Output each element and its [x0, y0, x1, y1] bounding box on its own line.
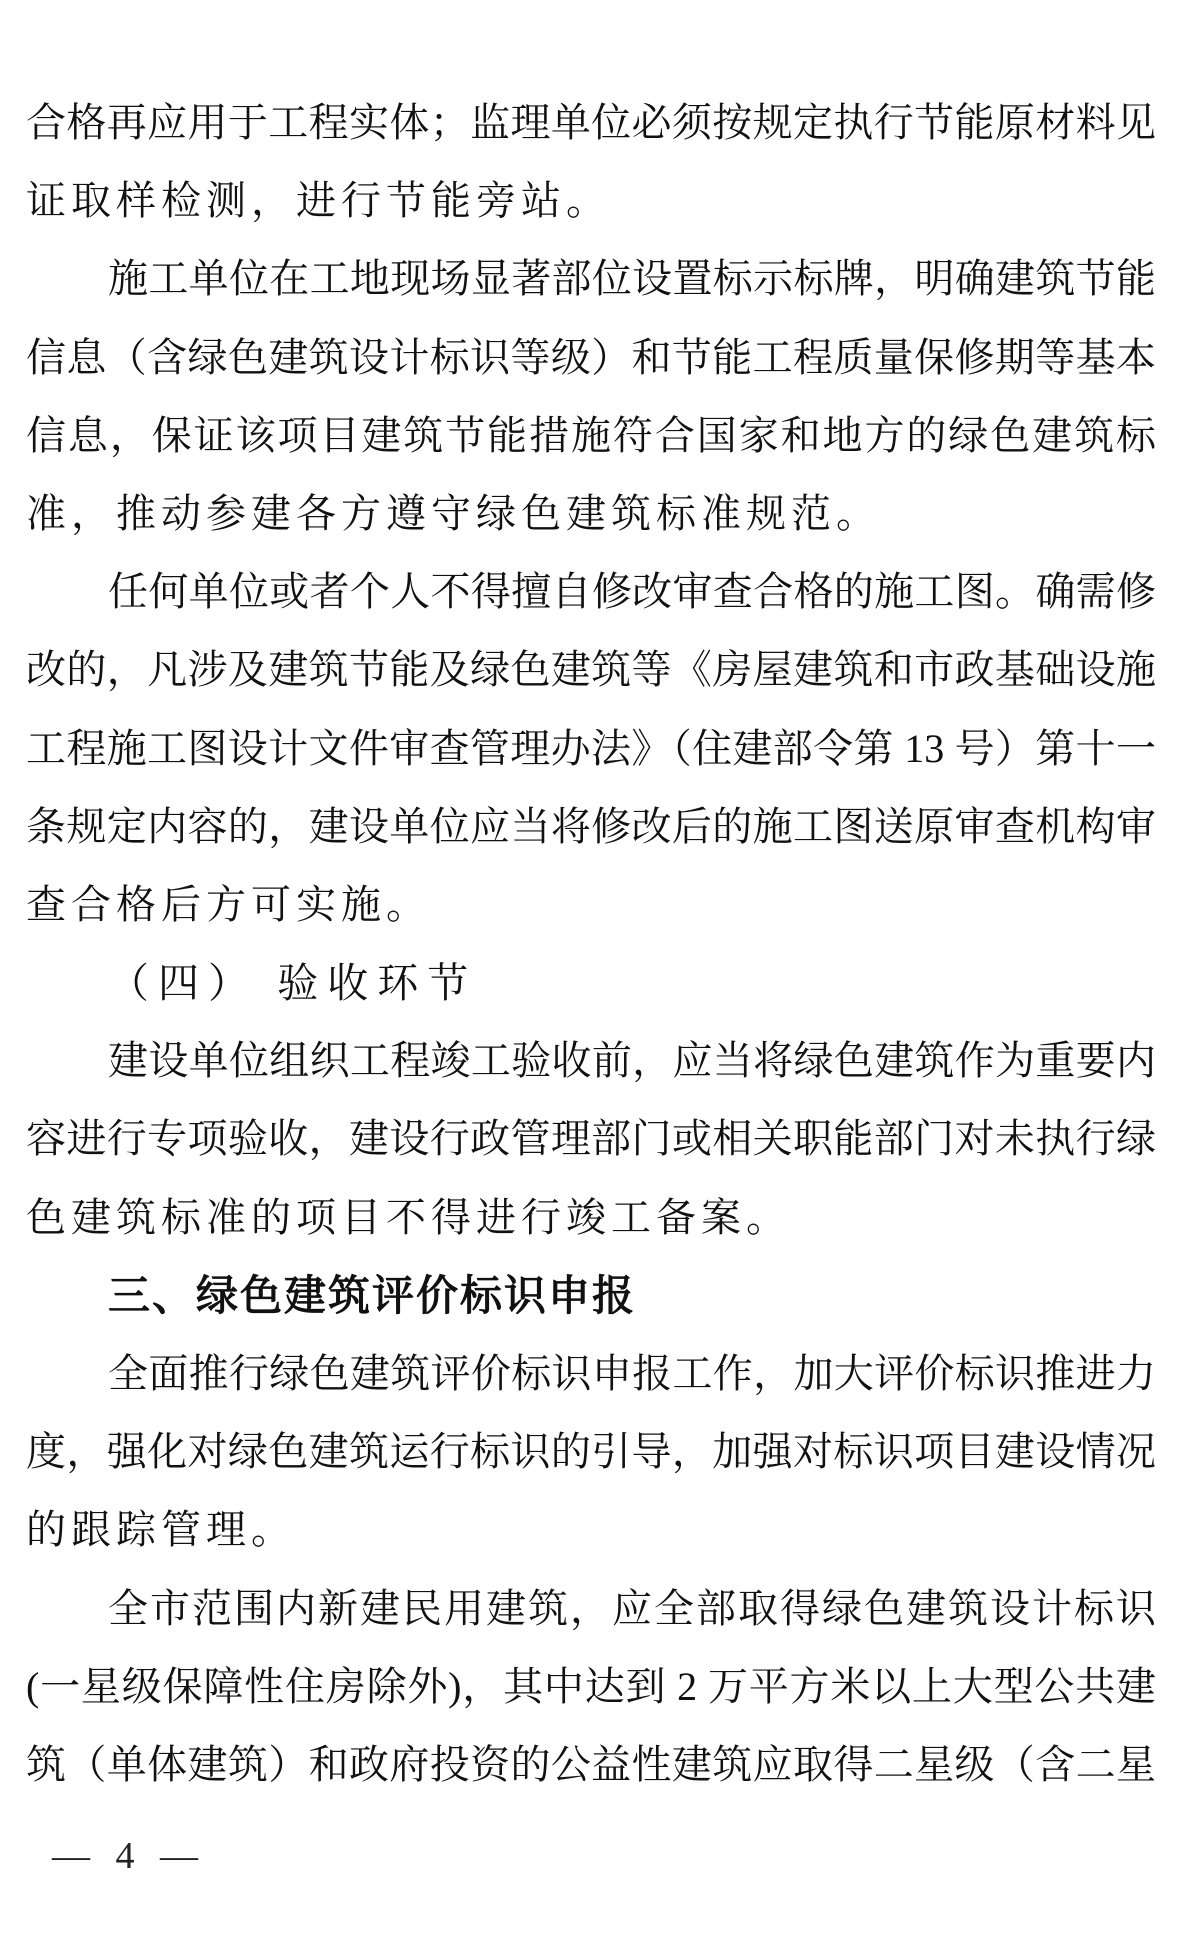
text-line: 施工单位在工地现场显著部位设置标示标牌，明确建筑节能	[26, 240, 1156, 318]
text-line: 容进行专项验收，建设行政管理部门或相关职能部门对未执行绿	[26, 1100, 1156, 1178]
text-line: 的跟踪管理。	[26, 1491, 1156, 1569]
text-line: 工程施工图设计文件审查管理办法》（住建部令第 13 号）第十一	[26, 710, 1156, 788]
page-number: — 4 —	[52, 1826, 206, 1886]
text-line: 条规定内容的，建设单位应当将修改后的施工图送原审查机构审	[26, 788, 1156, 866]
section-heading-evaluation-label: 三、绿色建筑评价标识申报	[26, 1257, 1156, 1335]
text-line: 全市范围内新建民用建筑，应全部取得绿色建筑设计标识	[26, 1570, 1156, 1648]
text-line: 筑（单体建筑）和政府投资的公益性建筑应取得二星级（含二星	[26, 1726, 1156, 1804]
subsection-heading-acceptance: （四） 验收环节	[26, 944, 1156, 1022]
text-line: 查合格后方可实施。	[26, 866, 1156, 944]
text-line: 信息，保证该项目建筑节能措施符合国家和地方的绿色建筑标	[26, 397, 1156, 475]
document-body: 合格再应用于工程实体；监理单位必须按规定执行节能原材料见 证取样检测，进行节能旁…	[26, 84, 1156, 1804]
text-line: 准，推动参建各方遵守绿色建筑标准规范。	[26, 475, 1156, 553]
document-page: 合格再应用于工程实体；监理单位必须按规定执行节能原材料见 证取样检测，进行节能旁…	[0, 0, 1189, 1957]
text-line: (一星级保障性住房除外)，其中达到 2 万平方米以上大型公共建	[26, 1648, 1156, 1726]
text-line: 任何单位或者个人不得擅自修改审查合格的施工图。确需修	[26, 553, 1156, 631]
text-line: 证取样检测，进行节能旁站。	[26, 162, 1156, 240]
text-line: 改的，凡涉及建筑节能及绿色建筑等《房屋建筑和市政基础设施	[26, 631, 1156, 709]
text-line: 度，强化对绿色建筑运行标识的引导，加强对标识项目建设情况	[26, 1413, 1156, 1491]
text-line: 色建筑标准的项目不得进行竣工备案。	[26, 1179, 1156, 1257]
text-line: 建设单位组织工程竣工验收前，应当将绿色建筑作为重要内	[26, 1022, 1156, 1100]
text-line: 信息（含绿色建筑设计标识等级）和节能工程质量保修期等基本	[26, 319, 1156, 397]
text-line: 全面推行绿色建筑评价标识申报工作，加大评价标识推进力	[26, 1335, 1156, 1413]
text-line: 合格再应用于工程实体；监理单位必须按规定执行节能原材料见	[26, 84, 1156, 162]
